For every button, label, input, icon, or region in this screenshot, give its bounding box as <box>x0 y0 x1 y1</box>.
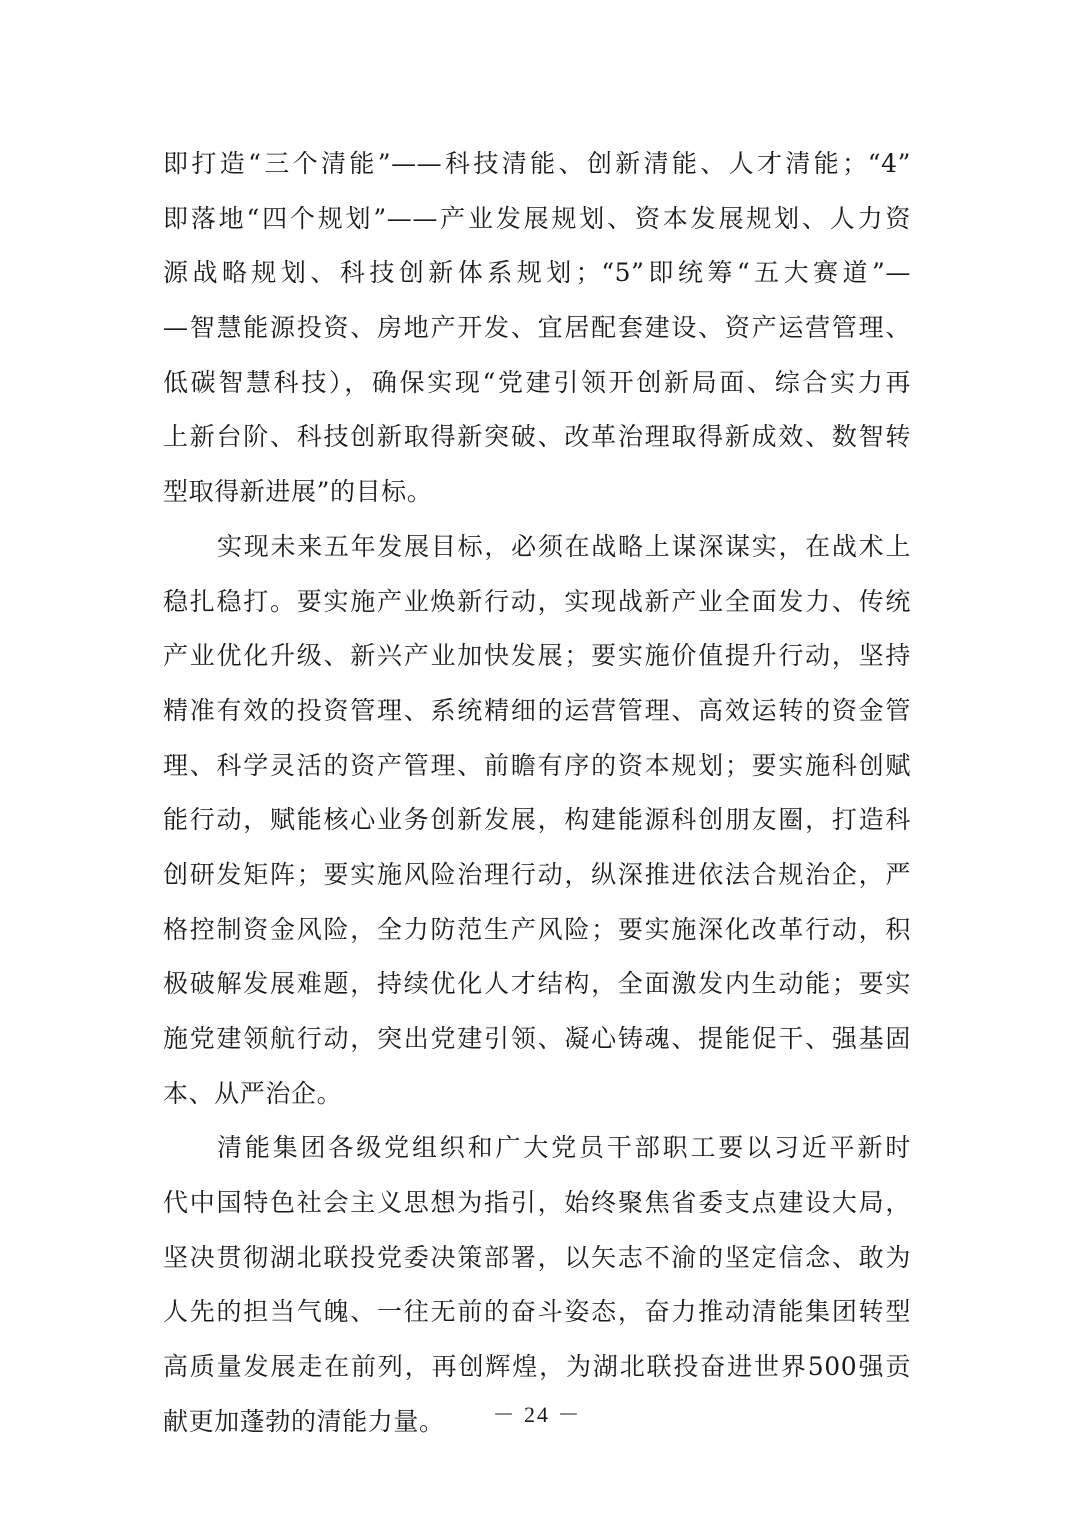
text-line: 人先的担当气魄、一往无前的奋斗姿态，奋力推动清能集团转型 <box>163 1285 911 1340</box>
document-page: 即打造“三个清能”——科技清能、创新清能、人才清能；“4” 即落地“四个规划”—… <box>0 0 1074 1520</box>
page-number: － 24 － <box>0 1398 1074 1429</box>
paragraph-2: 实现未来五年发展目标，必须在战略上谋深谋实，在战术上 稳扎稳打。要实施产业焕新行… <box>163 520 911 1122</box>
text-line: 型取得新进展”的目标。 <box>163 465 911 520</box>
text-line: 本、从严治企。 <box>163 1067 911 1122</box>
text-line: 高质量发展走在前列，再创辉煌，为湖北联投奋进世界500强贡 <box>163 1340 911 1395</box>
text-line: 上新台阶、科技创新取得新突破、改革治理取得新成效、数智转 <box>163 410 911 465</box>
text-line: 产业优化升级、新兴产业加快发展；要实施价值提升行动，坚持 <box>163 629 911 684</box>
text-line: 低碳智慧科技），确保实现“党建引领开创新局面、综合实力再 <box>163 356 911 411</box>
body-text: 即打造“三个清能”——科技清能、创新清能、人才清能；“4” 即落地“四个规划”—… <box>163 137 911 1450</box>
text-line: 源战略规划、科技创新体系规划；“5”即统筹“五大赛道”— <box>163 246 911 301</box>
text-line: 精准有效的投资管理、系统精细的运营管理、高效运转的资金管 <box>163 684 911 739</box>
text-line: 施党建领航行动，突出党建引领、凝心铸魂、提能促干、强基固 <box>163 1012 911 1067</box>
text-line: 极破解发展难题，持续优化人才结构，全面激发内生动能；要实 <box>163 957 911 1012</box>
text-line: 实现未来五年发展目标，必须在战略上谋深谋实，在战术上 <box>163 520 911 575</box>
text-line: 创研发矩阵；要实施风险治理行动，纵深推进依法合规治企，严 <box>163 848 911 903</box>
text-line: 代中国特色社会主义思想为指引，始终聚焦省委支点建设大局， <box>163 1176 911 1231</box>
text-line: 坚决贯彻湖北联投党委决策部署，以矢志不渝的坚定信念、敢为 <box>163 1231 911 1286</box>
text-line: 即落地“四个规划”——产业发展规划、资本发展规划、人力资 <box>163 192 911 247</box>
paragraph-1: 即打造“三个清能”——科技清能、创新清能、人才清能；“4” 即落地“四个规划”—… <box>163 137 911 520</box>
text-line: 能行动，赋能核心业务创新发展，构建能源科创朋友圈，打造科 <box>163 793 911 848</box>
text-line: 理、科学灵活的资产管理、前瞻有序的资本规划；要实施科创赋 <box>163 739 911 794</box>
text-line: 格控制资金风险，全力防范生产风险；要实施深化改革行动，积 <box>163 903 911 958</box>
text-line: 即打造“三个清能”——科技清能、创新清能、人才清能；“4” <box>163 137 911 192</box>
text-line: 稳扎稳打。要实施产业焕新行动，实现战新产业全面发力、传统 <box>163 575 911 630</box>
text-line: —智慧能源投资、房地产开发、宜居配套建设、资产运营管理、 <box>163 301 911 356</box>
text-line: 清能集团各级党组织和广大党员干部职工要以习近平新时 <box>163 1121 911 1176</box>
